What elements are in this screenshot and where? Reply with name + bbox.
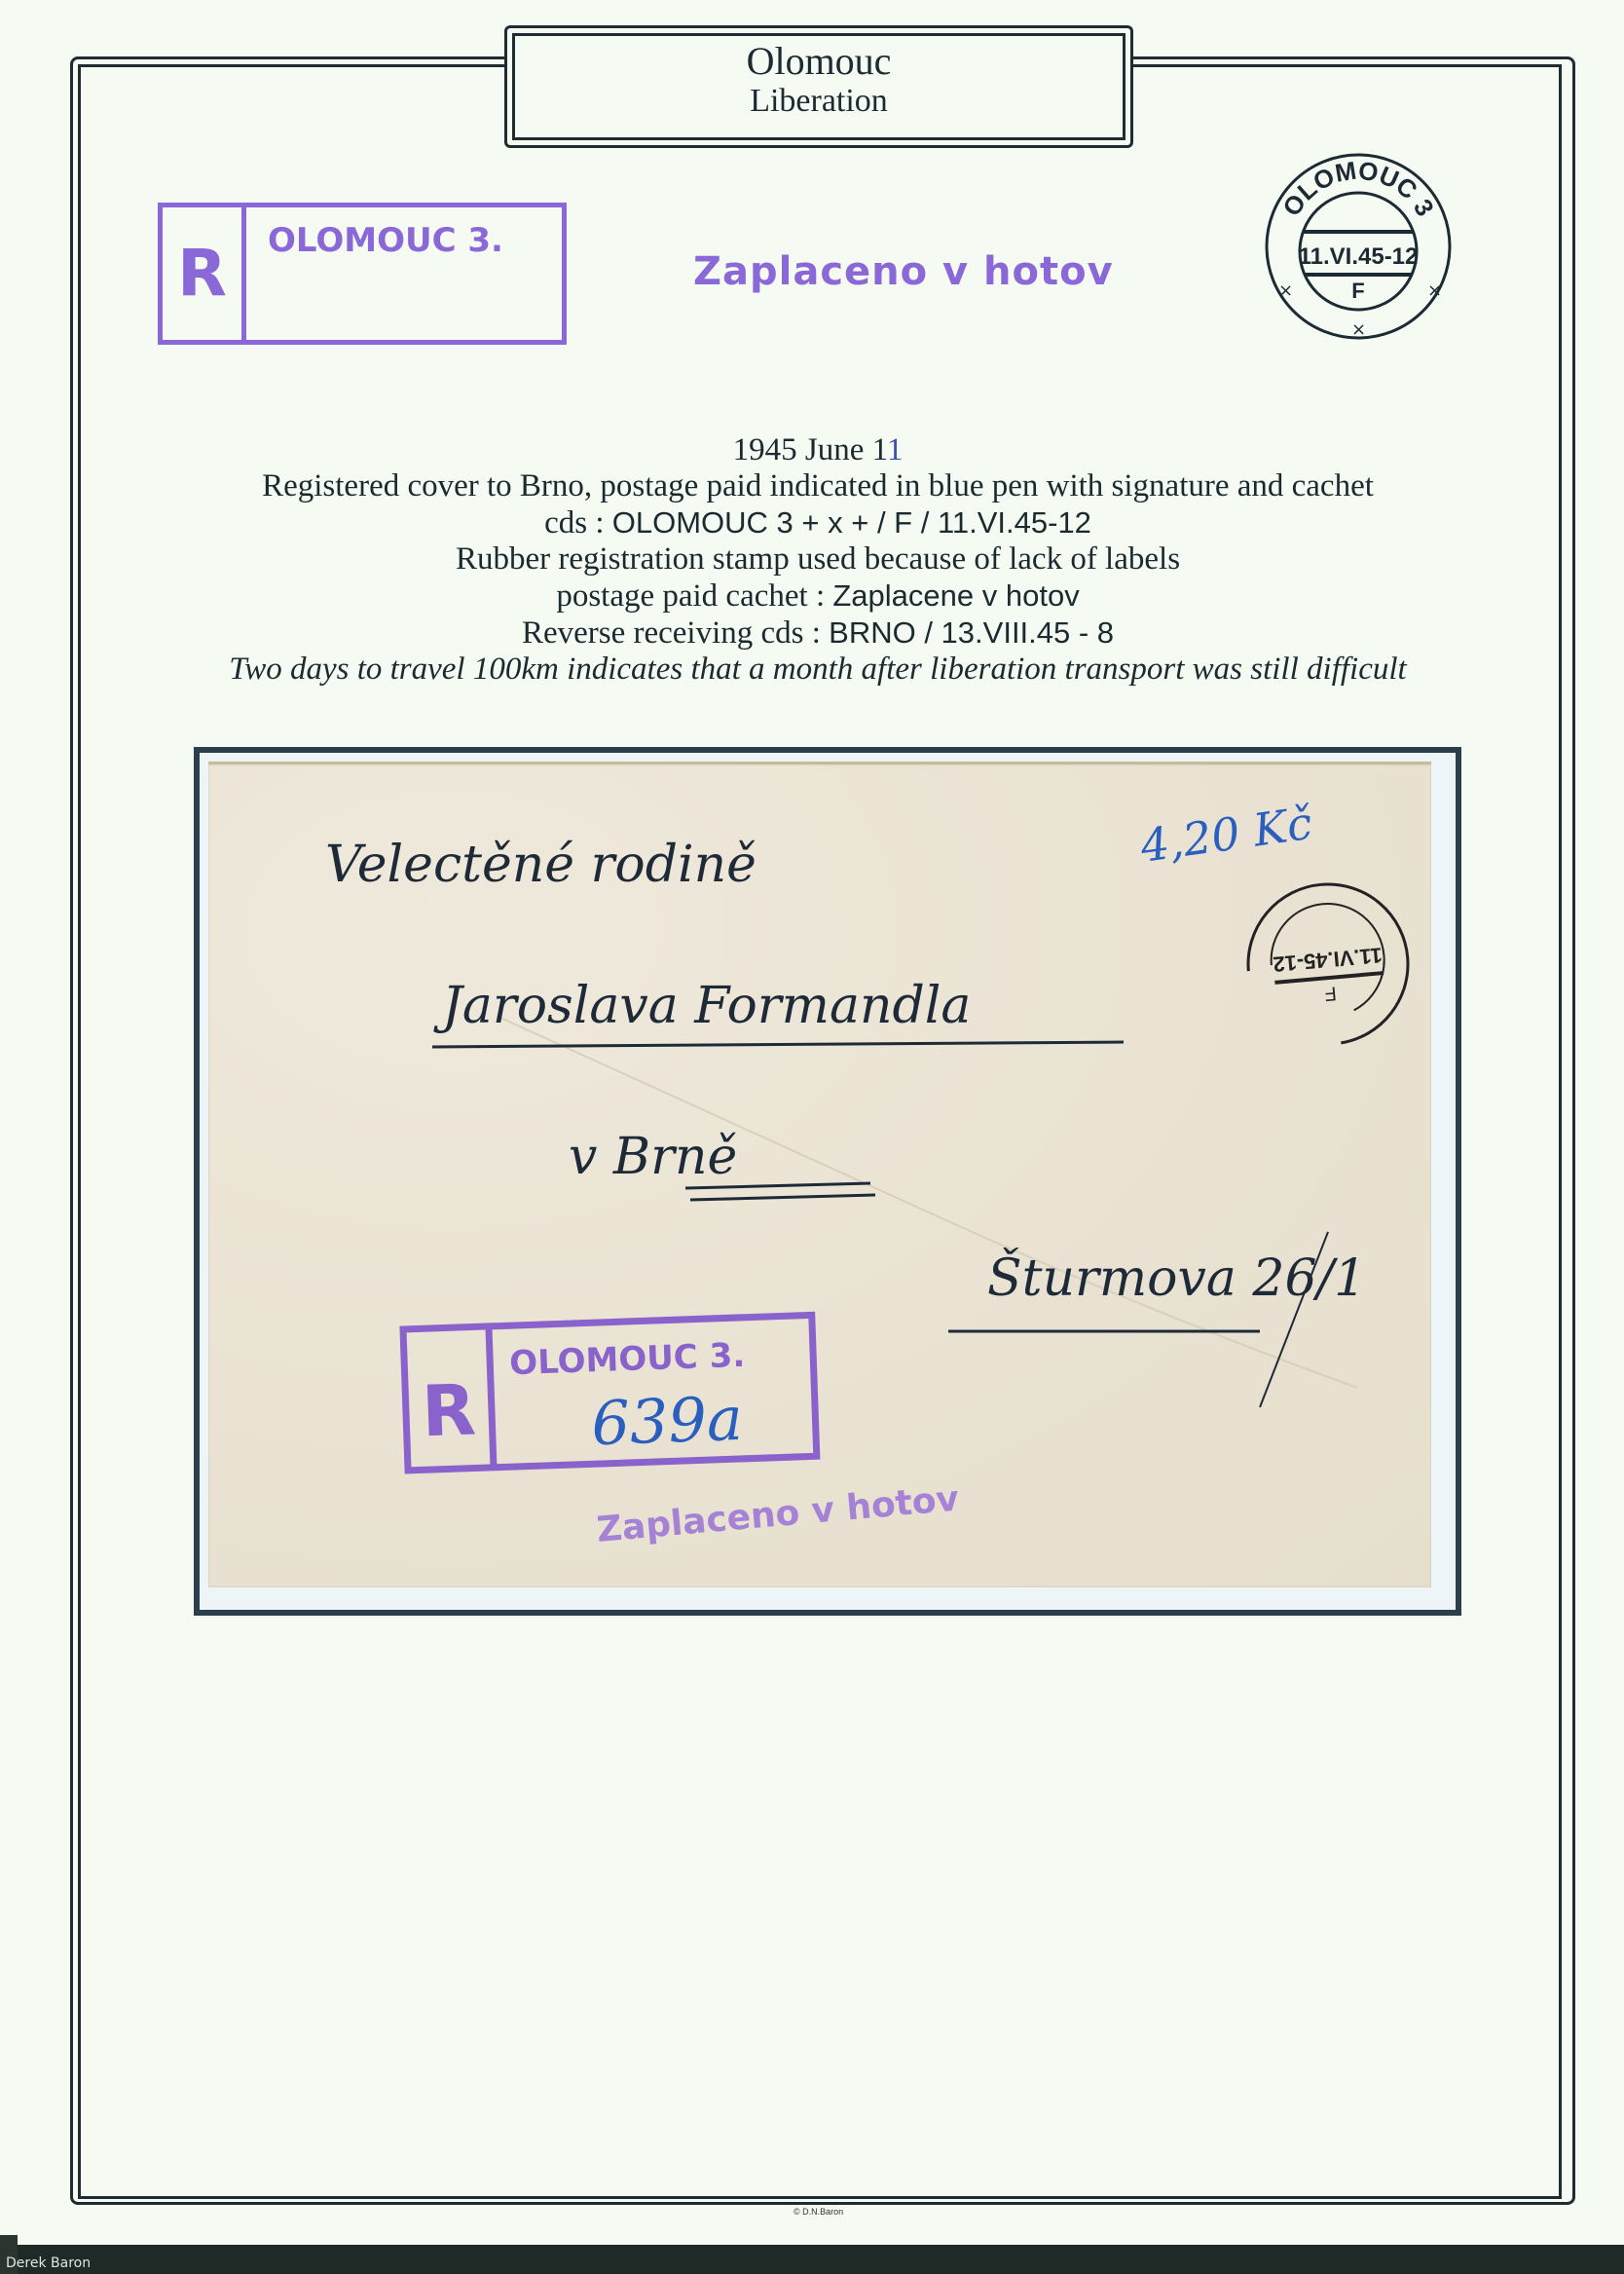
cds-ornament-left: × xyxy=(1278,280,1293,301)
description-date: 1945 June 11 xyxy=(97,432,1538,468)
registration-letter: R xyxy=(163,207,246,340)
cds-ring-text: OLOMOUC 3 xyxy=(1276,156,1440,221)
cover-handwriting-icon: Velectěné rodině Jaroslava Formandla v B… xyxy=(208,764,1431,1587)
address-line-1: Velectěné rodině xyxy=(325,836,757,894)
cds-letter: F xyxy=(1351,279,1364,303)
watermark: Derek Baron xyxy=(6,2255,91,2271)
address-line-3: v Brně xyxy=(569,1128,737,1186)
page-subtitle: Liberation xyxy=(515,83,1123,120)
cover-cds-postmark: 11.VI.45-12 F xyxy=(1241,877,1415,1051)
registration-office: OLOMOUC 3. xyxy=(268,221,503,260)
svg-text:11.VI.45-12: 11.VI.45-12 xyxy=(1272,943,1383,977)
svg-text:OLOMOUC 3.: OLOMOUC 3. xyxy=(509,1336,746,1383)
postage-note: 4,20 Kč xyxy=(1136,797,1315,873)
cds-postmark-illustration: OLOMOUC 3 11.VI.45-12 F × × × xyxy=(1262,150,1455,343)
page-title: Olomouc xyxy=(515,40,1123,83)
description-note: Two days to travel 100km indicates that … xyxy=(97,652,1538,688)
description-cds: cds : OLOMOUC 3 + x + / F / 11.VI.45-12 xyxy=(97,504,1538,541)
svg-text:F: F xyxy=(1324,982,1338,1004)
description-line: Rubber registration stamp used because o… xyxy=(97,541,1538,578)
svg-text:R: R xyxy=(421,1368,477,1452)
address-line-2: Jaroslava Formandla xyxy=(433,977,971,1035)
cds-date: 11.VI.45-12 xyxy=(1299,243,1419,270)
cover-registration-stamp: R OLOMOUC 3. 639a xyxy=(403,1315,817,1471)
description-cachet: postage paid cachet : Zaplacene v hotov xyxy=(97,578,1538,615)
description-receiving-cds: Reverse receiving cds : BRNO / 13.VIII.4… xyxy=(97,615,1538,652)
title-box: Olomouc Liberation xyxy=(512,33,1126,140)
scan-edge-band xyxy=(0,2245,1624,2274)
paid-cachet-illustration: Zaplaceno v hotov xyxy=(693,249,1114,294)
registration-number: 639a xyxy=(590,1383,744,1459)
description-block: 1945 June 11 Registered cover to Brno, p… xyxy=(97,432,1538,688)
postmark-icon: OLOMOUC 3 11.VI.45-12 F × × × xyxy=(1262,150,1455,343)
svg-text:OLOMOUC 3: OLOMOUC 3 xyxy=(1276,156,1440,221)
registration-stamp-illustration: R OLOMOUC 3. xyxy=(158,203,567,345)
cds-ornament-bottom: × xyxy=(1351,319,1366,340)
cds-ornament-right: × xyxy=(1427,280,1442,301)
copyright: © D.N.Baron xyxy=(794,2207,843,2217)
cover-paid-cachet: Zaplaceno v hotov xyxy=(595,1479,960,1550)
cover-envelope: Velectěné rodině Jaroslava Formandla v B… xyxy=(208,762,1431,1587)
description-line: Registered cover to Brno, postage paid i… xyxy=(97,468,1538,504)
